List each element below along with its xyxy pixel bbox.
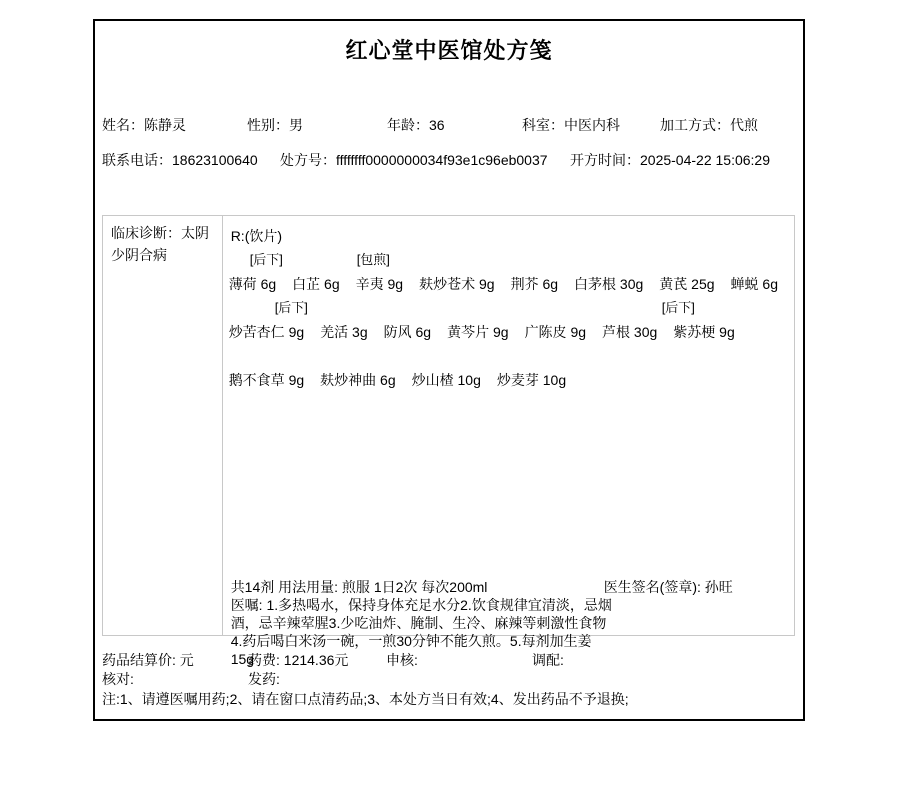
- prescription-number-field: 处方号：ffffffff0000000034f93e1c96eb0037: [280, 150, 548, 170]
- diagnosis-cell: 临床诊断：太阴少阴合病: [103, 216, 223, 635]
- medicine-item: 炒山楂 10g: [412, 372, 481, 388]
- page-title: 红心堂中医馆处方笺: [95, 34, 803, 65]
- rx-cell: R:(饮片) [后下] [包煎] 薄荷 6g白芷 6g辛夷 9g麸炒苍术 9g荆…: [223, 216, 794, 635]
- medicine-item: 芦根 30g: [602, 324, 657, 340]
- medicine-item: 黄芪 25g: [659, 276, 714, 292]
- dispense-prep-label: 调配:: [532, 650, 564, 670]
- medicine-item: 麸炒苍术 9g: [419, 276, 494, 292]
- medicine-item: 蝉蜕 6g: [731, 276, 778, 292]
- medicine-item: 炒苦杏仁 9g: [229, 324, 304, 340]
- rx-header: R:(饮片): [223, 224, 794, 248]
- usage-text: 共14剂 用法用量: 煎服 1日2次 每次200ml: [231, 579, 488, 595]
- decoction-tag-line: [223, 344, 794, 368]
- medicine-item: 薄荷 6g: [229, 276, 276, 292]
- medicine-row: 薄荷 6g白芷 6g辛夷 9g麸炒苍术 9g荆芥 6g白茅根 30g黄芪 25g…: [223, 272, 794, 296]
- issue-label: 发药:: [248, 669, 280, 689]
- decoction-tag: [后下]: [662, 296, 695, 320]
- medicine-item: 麸炒神曲 6g: [320, 372, 395, 388]
- prescription-time-field: 开方时间：2025-04-22 15:06:29: [570, 150, 770, 170]
- decoction-tag: [后下]: [275, 296, 308, 320]
- decoction-tag-line: [后下] [后下]: [223, 296, 794, 320]
- patient-name-field: 姓名：陈静灵: [102, 115, 186, 135]
- medicine-item: 防风 6g: [384, 324, 431, 340]
- medicine-item: 鹅不食草 9g: [229, 372, 304, 388]
- medicine-row: 炒苦杏仁 9g羌活 3g防风 6g黄芩片 9g广陈皮 9g芦根 30g紫苏梗 9…: [223, 320, 794, 344]
- medicine-item: 白茅根 30g: [574, 276, 643, 292]
- footnote: 注:1、请遵医嘱用药;2、请在窗口点清药品;3、本处方当日有效;4、发出药品不予…: [102, 689, 629, 709]
- prescription-sheet: 红心堂中医馆处方笺 姓名：陈静灵 性别：男 年龄：36 科室：中医内科 加工方式…: [93, 19, 805, 721]
- doctor-signature: 医生签名(签章): 孙旺: [604, 578, 733, 596]
- medicine-item: 炒麦芽 10g: [497, 372, 566, 388]
- usage-line: 共14剂 用法用量: 煎服 1日2次 每次200ml 医生签名(签章): 孙旺: [231, 578, 783, 596]
- diagnosis-text: 临床诊断：太阴少阴合病: [111, 225, 209, 263]
- decoction-tag: [后下]: [250, 248, 283, 272]
- medicine-row: 鹅不食草 9g麸炒神曲 6g炒山楂 10g炒麦芽 10g: [223, 368, 794, 392]
- age-field: 年龄：36: [387, 115, 445, 135]
- prescription-table: 临床诊断：太阴少阴合病 R:(饮片) [后下] [包煎] 薄荷 6g白芷 6g辛…: [102, 215, 795, 636]
- processing-method-field: 加工方式：代煎: [660, 115, 758, 135]
- medicine-fee: 药费: 1214.36元: [248, 650, 348, 670]
- phone-field: 联系电话：18623100640: [102, 150, 258, 170]
- medicine-item: 黄芩片 9g: [447, 324, 508, 340]
- medicine-item: 白芷 6g: [292, 276, 339, 292]
- decoction-tag-line: [后下] [包煎]: [223, 248, 794, 272]
- medicine-item: 荆芥 6g: [511, 276, 558, 292]
- settlement-price-label: 药品结算价: 元: [102, 650, 194, 670]
- gender-field: 性别：男: [247, 115, 303, 135]
- medicine-item: 羌活 3g: [320, 324, 367, 340]
- review-label: 申核:: [386, 650, 418, 670]
- medicine-item: 紫苏梗 9g: [673, 324, 734, 340]
- check-label: 核对:: [102, 669, 134, 689]
- decoction-tag: [包煎]: [357, 248, 390, 272]
- medicine-item: 辛夷 9g: [356, 276, 403, 292]
- department-field: 科室：中医内科: [522, 115, 620, 135]
- medicine-item: 广陈皮 9g: [525, 324, 586, 340]
